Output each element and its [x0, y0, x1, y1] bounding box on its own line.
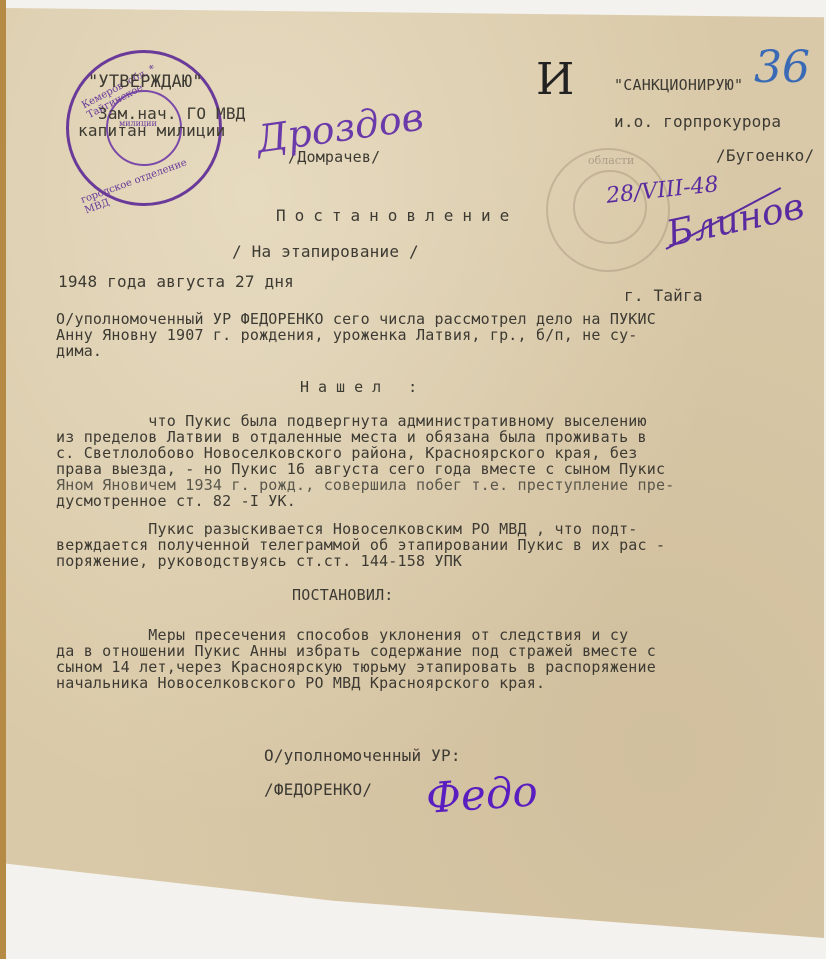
resolved-heading: ПОСТАНОВИЛ: — [292, 586, 394, 604]
officer-title: О/уполномоченный УР: — [264, 746, 461, 765]
text-line: поряжение, руководствуясь ст.ст. 144-158… — [56, 552, 462, 570]
prosecutor-name: /Бугоенко/ — [716, 146, 814, 165]
binding-edge — [0, 0, 6, 959]
text-line: Анну Яновну 1907 г. рождения, уроженка Л… — [56, 326, 638, 344]
document-date: 1948 года августа 27 дня — [58, 272, 294, 291]
found-heading: Нашел : — [300, 378, 426, 396]
prosecutor-position: и.о. горпрокурора — [614, 112, 781, 131]
approve-label-left: "УТВЕРЖДАЮ" — [88, 72, 203, 92]
official-stamp-right: области — [546, 148, 670, 272]
handwritten-mark: И — [536, 54, 574, 105]
document-page: Кемеров. обл. * Тайгинское городское отд… — [6, 8, 824, 938]
deputy-chief-rank: капитан милиции — [78, 121, 226, 140]
officer-signature: Федо — [424, 766, 539, 823]
page-number: 36 — [754, 42, 810, 93]
text-line: начальника Новоселковского РО МВД Красно… — [56, 674, 545, 692]
stamp-ring-text: области — [588, 154, 634, 167]
text-line: дима. — [56, 342, 102, 360]
officer-name: /ФЕДОРЕНКО/ — [264, 780, 372, 799]
text-line: дусмотренное ст. 82 -I УК. — [56, 492, 296, 510]
sanction-label: "САНКЦИОНИРУЮ" — [614, 76, 743, 94]
document-title: Постановление — [276, 206, 518, 225]
document-subtitle: / На этапирование / — [232, 242, 419, 261]
document-place: г. Тайга — [624, 286, 703, 305]
